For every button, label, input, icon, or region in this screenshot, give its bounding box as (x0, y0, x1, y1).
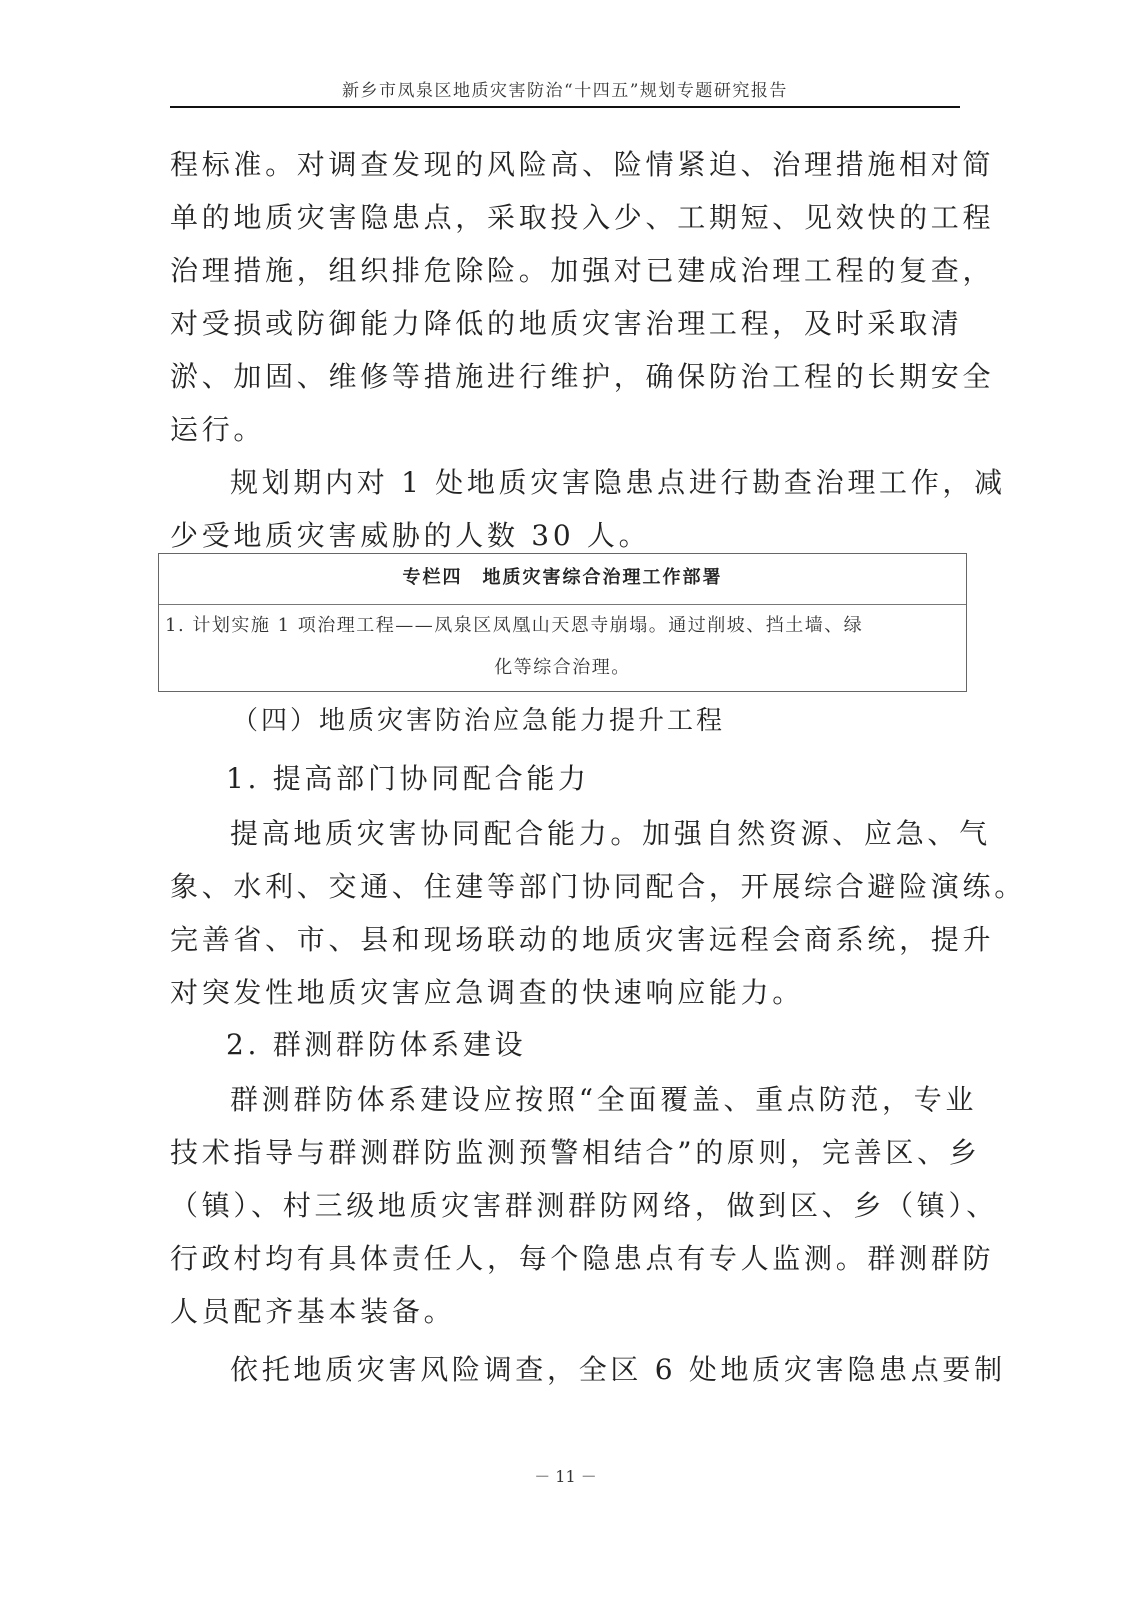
text-line: 单的地质灾害隐患点，采取投入少、工期短、见效快的工程 (170, 191, 942, 244)
header-title: 新乡市凤泉区地质灾害防治“十四五”规划专题研究报告 (170, 76, 960, 101)
text-line: 对受损或防御能力降低的地质灾害治理工程，及时采取清 (170, 297, 942, 350)
page-number: － 11 － (0, 1464, 1131, 1487)
table-title: 专栏四 地质灾害综合治理工作部署 (159, 554, 966, 605)
paragraph-2: 规划期内对 1 处地质灾害隐患点进行勘查治理工作，减 少受地质灾害威胁的人数 3… (170, 456, 942, 562)
text-line: 象、水利、交通、住建等部门协同配合，开展综合避险演练。 (170, 860, 950, 913)
text-line: 运行。 (170, 403, 942, 456)
body-text: 程标准。对调查发现的风险高、险情紧迫、治理措施相对简 单的地质灾害隐患点，采取投… (170, 138, 942, 562)
text-line: 行政村均有具体责任人，每个隐患点有专人监测。群测群防 (170, 1232, 950, 1285)
subsection-heading-1: 1. 提高部门协同配合能力 (226, 752, 1006, 805)
subsection-2-body: 群测群防体系建设应按照“全面覆盖、重点防范，专业 技术指导与群测群防监测预警相结… (170, 1073, 950, 1396)
header-rule (170, 106, 960, 108)
text-line: 程标准。对调查发现的风险高、险情紧迫、治理措施相对简 (170, 138, 942, 191)
text-line: （镇）、村三级地质灾害群测群防网络，做到区、乡（镇）、 (170, 1179, 950, 1232)
table-cell-line: 1. 计划实施 1 项治理工程——凤泉区凤凰山天恩寺崩塌。通过削坡、挡土墙、绿 (165, 605, 960, 647)
text-line: 依托地质灾害风险调查，全区 6 处地质灾害隐患点要制 (170, 1343, 950, 1396)
text-line: 群测群防体系建设应按照“全面覆盖、重点防范，专业 (170, 1073, 950, 1126)
text-line: 规划期内对 1 处地质灾害隐患点进行勘查治理工作，减 (170, 456, 942, 509)
text-line: 对突发性地质灾害应急调查的快速响应能力。 (170, 966, 950, 1019)
text-line: 完善省、市、县和现场联动的地质灾害远程会商系统，提升 (170, 913, 950, 966)
section-heading: （四）地质灾害防治应急能力提升工程 (232, 700, 1012, 737)
paragraph-3: 提高地质灾害协同配合能力。加强自然资源、应急、气 象、水利、交通、住建等部门协同… (170, 807, 950, 1019)
subsection-heading-2: 2. 群测群防体系建设 (226, 1018, 1006, 1071)
text-line: 提高地质灾害协同配合能力。加强自然资源、应急、气 (170, 807, 950, 860)
paragraph-1: 程标准。对调查发现的风险高、险情紧迫、治理措施相对简 单的地质灾害隐患点，采取投… (170, 138, 942, 456)
text-line: 人员配齐基本装备。 (170, 1285, 950, 1338)
text-line: 技术指导与群测群防监测预警相结合”的原则，完善区、乡 (170, 1126, 950, 1179)
paragraph-5: 依托地质灾害风险调查，全区 6 处地质灾害隐患点要制 (170, 1343, 950, 1396)
table-cell-line: 化等综合治理。 (165, 647, 960, 689)
text-line: 淤、加固、维修等措施进行维护，确保防治工程的长期安全 (170, 350, 942, 403)
text-line: 治理措施，组织排危除险。加强对已建成治理工程的复查， (170, 244, 942, 297)
paragraph-4: 群测群防体系建设应按照“全面覆盖、重点防范，专业 技术指导与群测群防监测预警相结… (170, 1073, 950, 1338)
subsection-1-body: 提高地质灾害协同配合能力。加强自然资源、应急、气 象、水利、交通、住建等部门协同… (170, 807, 950, 1019)
info-box-table: 专栏四 地质灾害综合治理工作部署 1. 计划实施 1 项治理工程——凤泉区凤凰山… (158, 553, 967, 692)
table-cell: 1. 计划实施 1 项治理工程——凤泉区凤凰山天恩寺崩塌。通过削坡、挡土墙、绿 … (159, 605, 966, 689)
